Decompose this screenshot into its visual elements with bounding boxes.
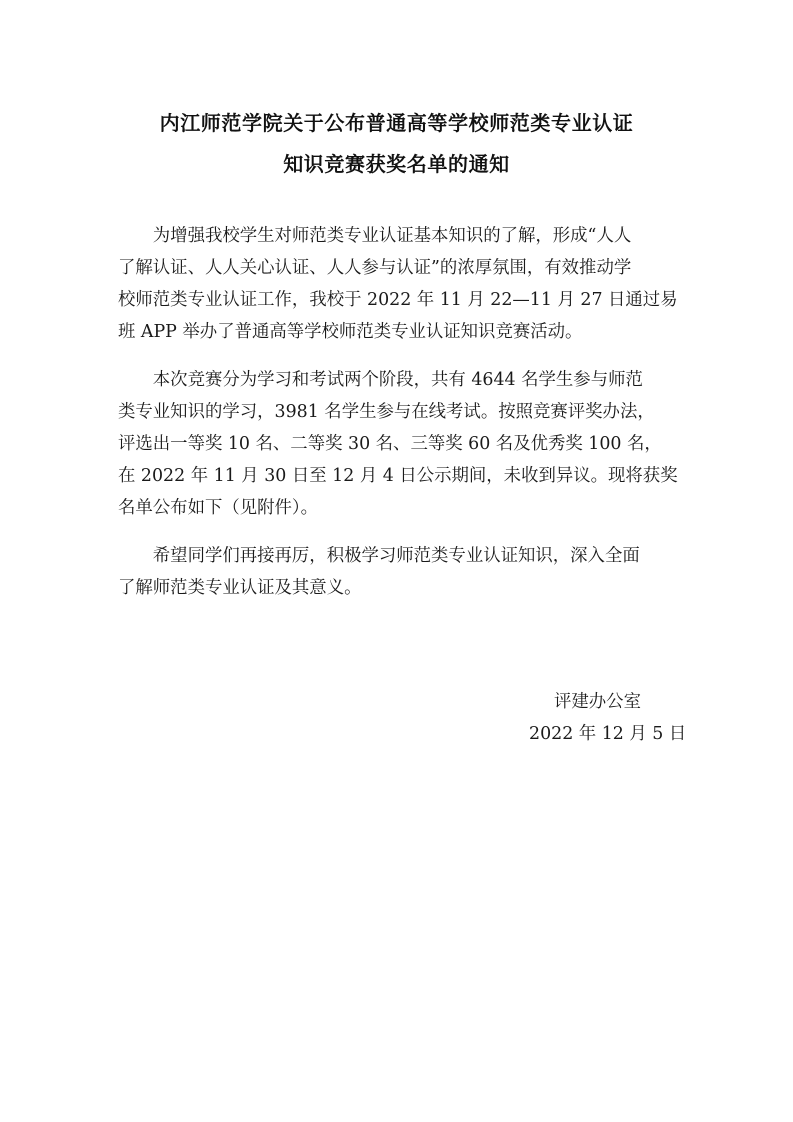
paragraph-line: 类专业知识的学习，3981 名学生参与在线考试。按照竞赛评奖办法，: [118, 396, 674, 428]
signature-date: 2022 年 12 月 5 日: [529, 719, 686, 744]
paragraph-line: 校师范类专业认证工作，我校于 2022 年 11 月 22—11 月 27 日通…: [118, 284, 674, 316]
paragraph-line: 名单公布如下（见附件）。: [118, 492, 674, 524]
paragraph-line: 了解师范类专业认证及其意义。: [118, 572, 674, 604]
paragraph-line: 在 2022 年 11 月 30 日至 12 月 4 日公示期间，未收到异议。现…: [118, 460, 674, 492]
paragraph-line: 本次竞赛分为学习和考试两个阶段，共有 4644 名学生参与师范: [118, 364, 674, 396]
document-page: 内江师范学院关于公布普通高等学校师范类专业认证 知识竞赛获奖名单的通知 为增强我…: [0, 0, 793, 1122]
paragraph-line: 班 APP 举办了普通高等学校师范类专业认证知识竞赛活动。: [118, 316, 674, 348]
document-title-line-2: 知识竞赛获奖名单的通知: [0, 148, 793, 177]
paragraph-3: 希望同学们再接再厉，积极学习师范类专业认证知识，深入全面 了解师范类专业认证及其…: [118, 540, 674, 604]
signature-office: 评建办公室: [554, 687, 641, 712]
document-title-line-1: 内江师范学院关于公布普通高等学校师范类专业认证: [0, 107, 793, 136]
paragraph-2: 本次竞赛分为学习和考试两个阶段，共有 4644 名学生参与师范 类专业知识的学习…: [118, 364, 674, 524]
paragraph-line: 了解认证、人人关心认证、人人参与认证”的浓厚氛围，有效推动学: [118, 252, 674, 284]
paragraph-line: 希望同学们再接再厉，积极学习师范类专业认证知识，深入全面: [118, 540, 674, 572]
paragraph-1: 为增强我校学生对师范类专业认证基本知识的了解，形成“人人 了解认证、人人关心认证…: [118, 220, 674, 348]
paragraph-line: 为增强我校学生对师范类专业认证基本知识的了解，形成“人人: [118, 220, 674, 252]
paragraph-line: 评选出一等奖 10 名、二等奖 30 名、三等奖 60 名及优秀奖 100 名，: [118, 428, 674, 460]
